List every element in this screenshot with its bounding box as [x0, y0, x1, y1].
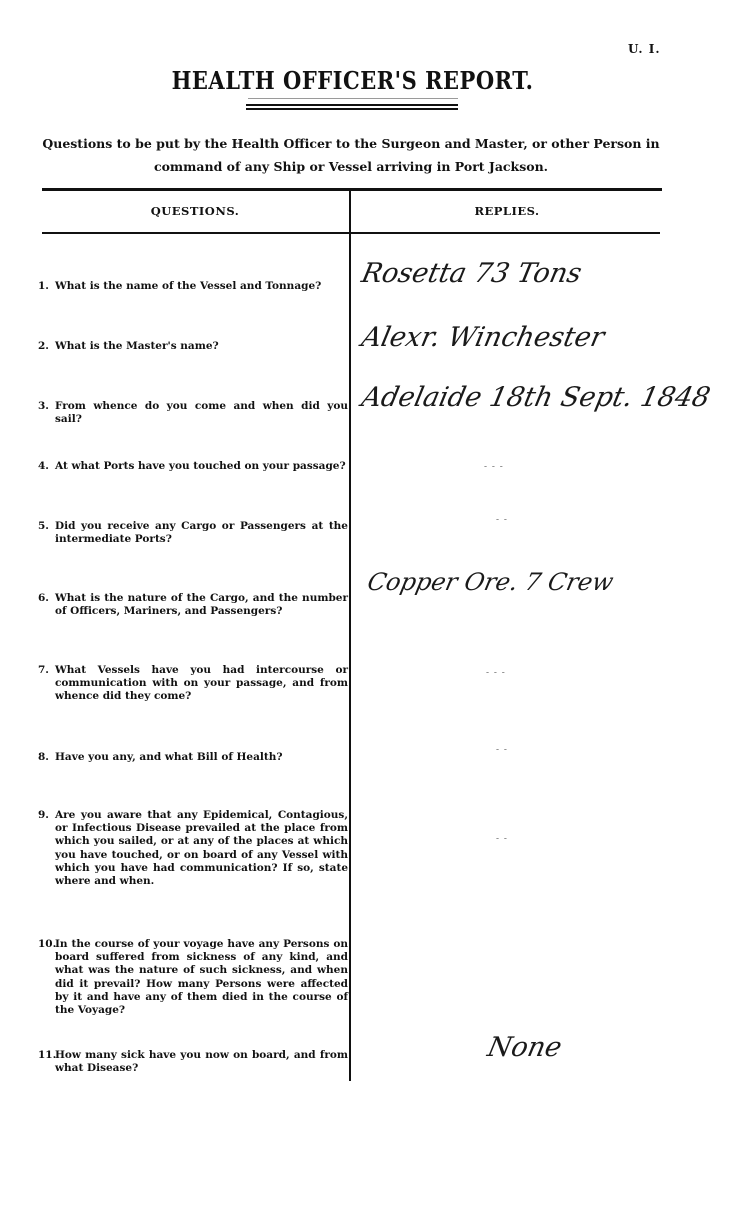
document-title: HEALTH OFFICER'S REPORT.	[160, 66, 545, 95]
question-text: What is the name of the Vessel and Tonna…	[55, 280, 348, 293]
table-top-rule	[42, 188, 662, 191]
question-text: From whence do you come and when did you…	[55, 400, 348, 426]
reply-cargo-crew: Copper Ore. 7 Crew	[365, 568, 616, 596]
question-number: 4.	[38, 460, 55, 473]
question-number: 10.	[38, 938, 55, 1017]
question-number: 1.	[38, 280, 55, 293]
question-text: Are you aware that any Epidemical, Conta…	[55, 809, 348, 888]
question-text: In the course of your voyage have any Pe…	[55, 938, 348, 1017]
column-divider	[349, 191, 351, 1081]
reply-epidemic-disease: - -	[496, 834, 508, 844]
table-header-rule	[42, 232, 660, 234]
reply-origin-date: Adelaide 18th Sept. 1848	[359, 382, 713, 413]
reply-vessel-tonnage: Rosetta 73 Tons	[359, 258, 585, 289]
question-text: What is the Master's name?	[55, 340, 348, 353]
question-row-8: 8. Have you any, and what Bill of Health…	[38, 751, 348, 764]
question-row-5: 5. Did you receive any Cargo or Passenge…	[38, 520, 348, 546]
question-number: 6.	[38, 592, 55, 618]
question-row-9: 9. Are you aware that any Epidemical, Co…	[38, 809, 348, 888]
question-row-2: 2. What is the Master's name?	[38, 340, 348, 353]
question-number: 9.	[38, 809, 55, 888]
question-row-10: 10. In the course of your voyage have an…	[38, 938, 348, 1017]
reply-master-name: Alexr. Winchester	[359, 322, 607, 353]
reply-vessels-communicated: - - -	[486, 668, 506, 678]
question-text: How many sick have you now on board, and…	[55, 1049, 348, 1075]
question-text: Did you receive any Cargo or Passengers …	[55, 520, 348, 546]
question-row-11: 11. How many sick have you now on board,…	[38, 1049, 348, 1075]
title-double-rule	[246, 104, 458, 110]
question-row-4: 4. At what Ports have you touched on you…	[38, 460, 348, 473]
form-code: U. I.	[628, 42, 661, 56]
questions-column-header: QUESTIONS.	[42, 204, 348, 218]
title-faint-rule	[248, 98, 458, 99]
reply-bill-of-health: - -	[496, 745, 508, 755]
question-number: 7.	[38, 664, 55, 704]
question-row-1: 1. What is the name of the Vessel and To…	[38, 280, 348, 293]
reply-sick-on-board: None	[485, 1032, 565, 1063]
question-text: At what Ports have you touched on your p…	[55, 460, 348, 473]
question-row-6: 6. What is the nature of the Cargo, and …	[38, 592, 348, 618]
question-number: 11.	[38, 1049, 55, 1075]
replies-column-header: REPLIES.	[352, 204, 662, 218]
question-number: 8.	[38, 751, 55, 764]
question-text: What Vessels have you had intercourse or…	[55, 664, 348, 704]
question-text: Have you any, and what Bill of Health?	[55, 751, 348, 764]
question-number: 5.	[38, 520, 55, 546]
question-row-7: 7. What Vessels have you had intercourse…	[38, 664, 348, 704]
question-text: What is the nature of the Cargo, and the…	[55, 592, 348, 618]
question-number: 3.	[38, 400, 55, 426]
question-number: 2.	[38, 340, 55, 353]
question-row-3: 3. From whence do you come and when did …	[38, 400, 348, 426]
document-subtitle: Questions to be put by the Health Office…	[36, 132, 666, 178]
reply-intermediate-cargo: - -	[496, 515, 508, 525]
reply-ports-touched: - - -	[484, 462, 504, 472]
